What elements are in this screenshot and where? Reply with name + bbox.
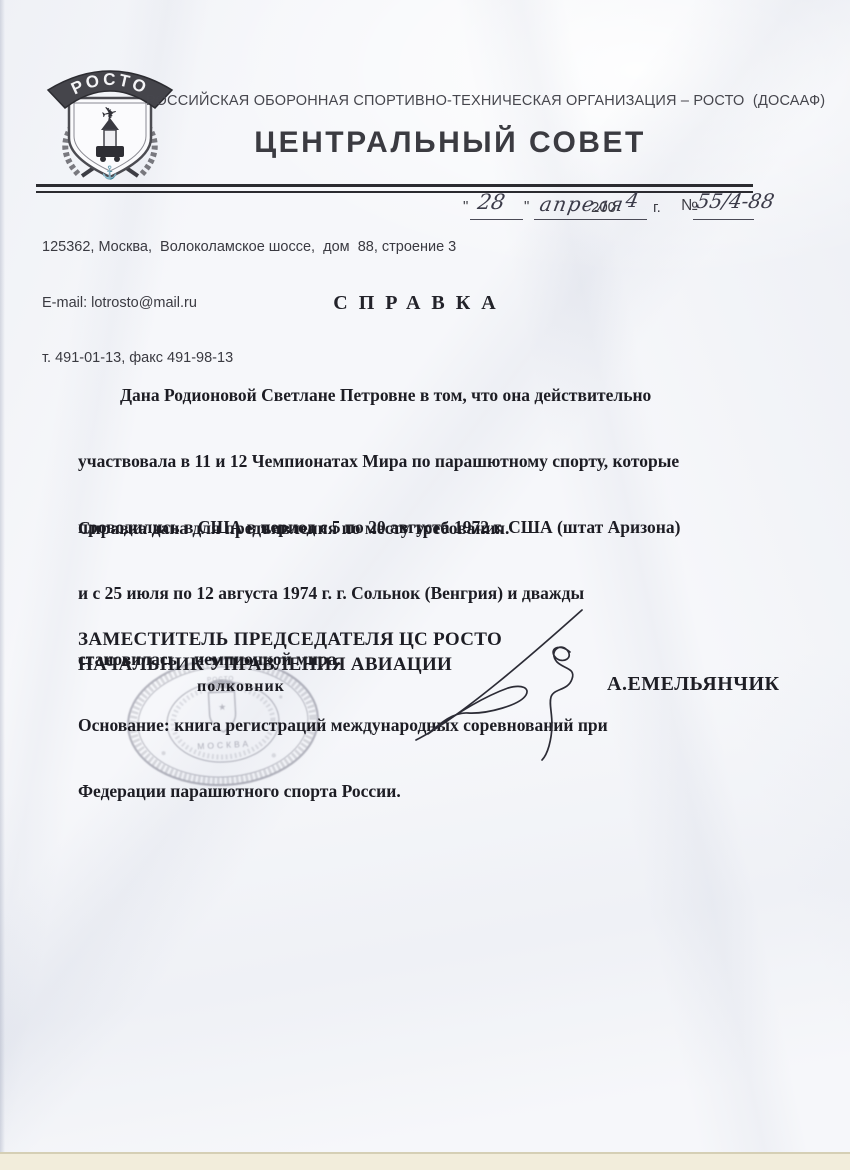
anchor-icon: ⚓ [102, 165, 118, 180]
document-title: СПРАВКА [0, 292, 840, 315]
body-line: участвовала в 11 и 12 Чемпионатах Мира п… [78, 450, 808, 472]
handwritten-day: 28 [476, 190, 507, 214]
year-printed-prefix: 200 [591, 199, 616, 216]
closing-line: Справка дана для предъявления по месту т… [78, 518, 509, 539]
year-suffix: г. [653, 199, 661, 216]
rosto-emblem: ✈ ★ ⚓ РОСТО [42, 46, 178, 184]
handwritten-signature [410, 600, 620, 765]
open-quote: " [463, 198, 468, 215]
handwritten-number: 55/4-88 [695, 189, 776, 213]
truck-icon [96, 146, 124, 157]
stamp-speckle [161, 751, 165, 755]
stamp-star-icon: ★ [218, 702, 227, 712]
handwritten-year-digit: 4 [624, 188, 641, 212]
organization-name: РОССИЙСКАЯ ОБОРОННАЯ СПОРТИВНО-ТЕХНИЧЕСК… [146, 93, 806, 109]
stamp-city-label: МОСКВА [197, 739, 251, 752]
close-quote: " [524, 198, 529, 215]
svg-text:РОСТО: РОСТО [68, 70, 151, 98]
logo-banner-text: РОСТО [68, 70, 151, 98]
scanned-document-page: ✈ ★ ⚓ РОСТО РОССИЙСКАЯ ОБОРОННАЯ СПОРТИВ… [0, 0, 850, 1170]
address-line: 125362, Москва, Волоколамское шоссе, дом… [42, 238, 456, 257]
number-underline [693, 218, 754, 220]
body-line: Дана Родионовой Светлане Петровне в том,… [78, 384, 808, 406]
scan-left-edge [0, 0, 5, 1170]
star-icon: ★ [106, 109, 114, 119]
stamp-top-label: РОСТО [207, 675, 235, 683]
signature-stroke [428, 686, 527, 734]
council-title: ЦЕНТРАЛЬНЫЙ СОВЕТ [180, 126, 720, 160]
scanner-background-strip [0, 1152, 850, 1170]
day-underline [470, 218, 523, 220]
stamp-outer-ring [125, 654, 321, 790]
truck-wheel-icon [114, 156, 120, 162]
stamp-speckle [272, 753, 277, 758]
signature-stroke [416, 610, 582, 740]
header-divider [36, 184, 753, 193]
official-round-stamp: ★ РОСТО МОСКВА [122, 650, 324, 794]
year-underline [617, 218, 647, 220]
signer-name: А.ЕМЕЛЬЯНЧИК [607, 673, 780, 696]
stamp-speckle [279, 695, 282, 698]
truck-wheel-icon [100, 156, 106, 162]
signature-stroke [542, 647, 573, 760]
